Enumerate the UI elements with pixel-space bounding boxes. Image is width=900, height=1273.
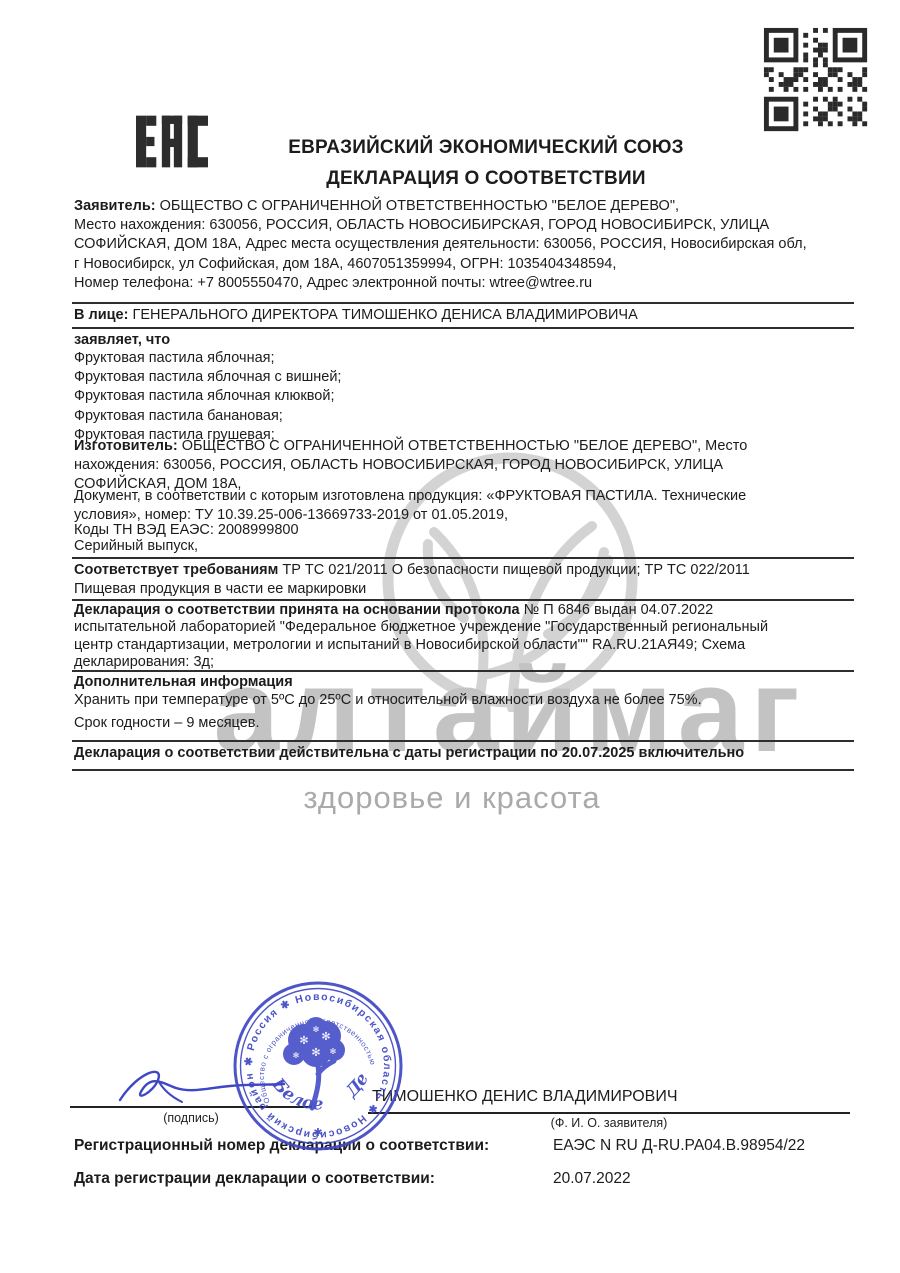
in-person-label: В лице: bbox=[74, 307, 128, 323]
declaration-document-page: { "colors": { "text": "#1c1c1c", "stamp_… bbox=[0, 0, 900, 1273]
declares-label: заявляет, что bbox=[74, 331, 860, 350]
manufacturer-section: Изготовитель: ОБЩЕСТВО С ОГРАНИЧЕННОЙ ОТ… bbox=[74, 437, 860, 495]
section-divider bbox=[72, 599, 854, 601]
handwritten-signature bbox=[112, 1058, 322, 1121]
validity-text: Декларация о соответствии действительна … bbox=[74, 745, 744, 761]
section-divider bbox=[72, 769, 854, 771]
registration-date-label: Дата регистрации декларации о соответств… bbox=[74, 1170, 435, 1188]
qr-code bbox=[760, 25, 876, 144]
validity-section: Декларация о соответствии действительна … bbox=[74, 744, 860, 763]
svg-text:✻: ✻ bbox=[321, 1030, 330, 1043]
serial-line: Серийный выпуск, bbox=[74, 537, 860, 556]
store-watermark-tagline: здоровье и красота bbox=[0, 780, 900, 816]
section-divider bbox=[72, 327, 854, 329]
product-item: Фруктовая пастила банановая; bbox=[74, 407, 860, 426]
registration-number-value: ЕАЭС N RU Д-RU.РА04.В.98954/22 bbox=[553, 1137, 805, 1155]
union-title: ЕВРАЗИЙСКИЙ ЭКОНОМИЧЕСКИЙ СОЮЗ bbox=[72, 137, 900, 159]
product-item: Фруктовая пастила яблочная; bbox=[74, 349, 860, 368]
stamp-star: ✱ bbox=[313, 1127, 322, 1139]
shelf-life-line: Срок годности – 9 месяцев. bbox=[74, 714, 860, 733]
product-document-line: Документ, в соответствии с которым изгот… bbox=[74, 487, 860, 525]
in-person-text: ГЕНЕРАЛЬНОГО ДИРЕКТОРА ТИМОШЕНКО ДЕНИСА … bbox=[128, 307, 637, 323]
registration-date-value: 20.07.2022 bbox=[553, 1170, 631, 1188]
section-divider bbox=[72, 670, 854, 672]
compliance-label: Соответствует требованиям bbox=[74, 562, 278, 578]
storage-conditions-line: Хранить при температуре от 5ºС до 25ºС и… bbox=[74, 691, 860, 710]
applicant-label: Заявитель: bbox=[74, 198, 156, 214]
section-divider bbox=[72, 302, 854, 304]
section-divider bbox=[72, 740, 854, 742]
svg-text:✻: ✻ bbox=[313, 1025, 320, 1034]
svg-text:✻: ✻ bbox=[330, 1047, 337, 1056]
product-item: Фруктовая пастила яблочная с вишней; bbox=[74, 368, 860, 387]
in-person-section: В лице: ГЕНЕРАЛЬНОГО ДИРЕКТОРА ТИМОШЕНКО… bbox=[74, 306, 860, 325]
basis-section: Декларация о соответствии принята на осн… bbox=[74, 602, 860, 672]
applicant-name-caption: (Ф. И. О. заявителя) bbox=[368, 1116, 850, 1130]
doc-title: ДЕКЛАРАЦИЯ О СООТВЕТСТВИИ bbox=[72, 168, 900, 190]
compliance-section: Соответствует требованиям ТР ТС 021/2011… bbox=[74, 561, 860, 599]
basis-label: Декларация о соответствии принята на осн… bbox=[74, 602, 520, 618]
product-item: Фруктовая пастила яблочная клюквой; bbox=[74, 387, 860, 406]
svg-text:✻: ✻ bbox=[299, 1034, 308, 1047]
product-list: Фруктовая пастила яблочная; Фруктовая па… bbox=[74, 349, 860, 445]
manufacturer-label: Изготовитель: bbox=[74, 438, 178, 454]
applicant-section: Заявитель: ОБЩЕСТВО С ОГРАНИЧЕННОЙ ОТВЕТ… bbox=[74, 197, 860, 293]
applicant-text: ОБЩЕСТВО С ОГРАНИЧЕННОЙ ОТВЕТСТВЕННОСТЬЮ… bbox=[74, 198, 807, 291]
applicant-name-line bbox=[368, 1092, 850, 1114]
section-divider bbox=[72, 557, 854, 559]
additional-info-label: Дополнительная информация bbox=[74, 673, 860, 692]
